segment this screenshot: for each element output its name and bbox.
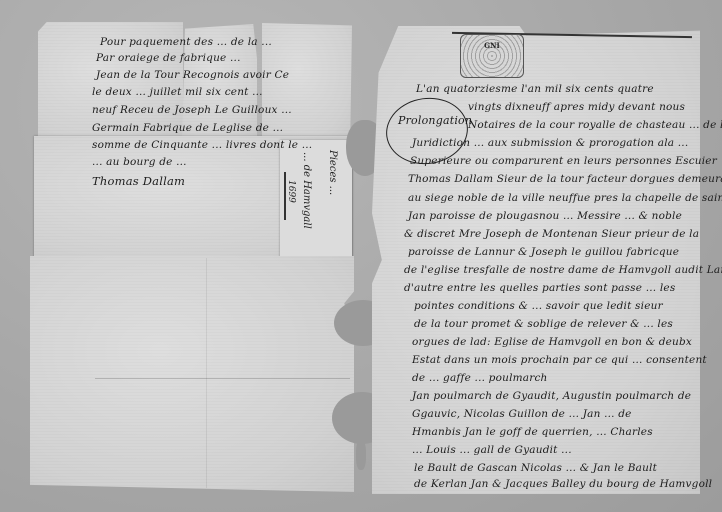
right-line-7: au siege noble de la ville neuffue pres … bbox=[408, 192, 722, 204]
left-line-1: Pour paquement des ... de la ... bbox=[100, 36, 272, 48]
left-line-5: neuf Receu de Joseph Le Guilloux ... bbox=[92, 104, 292, 116]
margin-oval-text: Prolongation bbox=[398, 114, 472, 127]
left-line-6: Germain Fabrique de Leglise de ... bbox=[92, 122, 283, 134]
right-folio-page bbox=[372, 26, 700, 494]
right-line-3: Notaires de la cour royalle de chasteau … bbox=[468, 119, 722, 131]
endorsement-vertical-1: Pieces ... bbox=[327, 150, 338, 195]
right-line-20: Hmanbis Jan le goff de querrien, ... Cha… bbox=[412, 426, 653, 438]
right-line-19: Ggauvic, Nicolas Guillon de ... Jan ... … bbox=[412, 408, 632, 420]
left-line-3: Jean de la Tour Recognois avoir Ce bbox=[96, 69, 289, 81]
right-line-2: vingts dixneuff apres midy devant nous bbox=[468, 101, 685, 113]
right-line-6: Thomas Dallam Sieur de la tour facteur d… bbox=[408, 173, 722, 185]
damage-hole bbox=[356, 440, 366, 470]
right-line-4: Juridiction ... aux submission & proroga… bbox=[412, 137, 688, 149]
fold-line bbox=[206, 258, 207, 488]
right-line-10: paroisse de Lannur & Joseph le guillou f… bbox=[408, 246, 679, 258]
tax-stamp-seal: GNI bbox=[460, 34, 524, 78]
left-line-2: Par oraiege de fabrique ... bbox=[96, 52, 241, 64]
right-line-22: le Bault de Gascan Nicolas ... & Jan le … bbox=[414, 462, 657, 474]
endorsement-vertical-2: ... de Hamvgall bbox=[301, 152, 312, 229]
left-line-7: somme de Cinquante ... livres dont le ..… bbox=[92, 139, 312, 151]
right-line-17: de ... gaffe ... poulmarch bbox=[412, 372, 548, 384]
left-line-4: le deux ... juillet mil six cent ... bbox=[92, 86, 263, 98]
right-line-15: orgues de lad: Eglise de Hamvgoll en bon… bbox=[412, 336, 692, 348]
signature-thomas-dallam: Thomas Dallam bbox=[92, 174, 185, 188]
stamp-label: GNI bbox=[461, 41, 523, 50]
left-line-8: ... au bourg de ... bbox=[92, 156, 187, 168]
right-line-18: Jan poulmarch de Gyaudit, Augustin poulm… bbox=[412, 390, 691, 402]
fold-line bbox=[95, 378, 350, 379]
right-line-1: L'an quatorziesme l'an mil six cents qua… bbox=[416, 83, 654, 95]
left-folio-bottom-panel bbox=[30, 256, 354, 492]
right-line-21: ... Louis ... gall de Gyaudit ... bbox=[412, 444, 572, 456]
right-line-13: pointes conditions & ... savoir que ledi… bbox=[414, 300, 663, 312]
right-line-5: Superieure ou comparurent en leurs perso… bbox=[410, 155, 717, 167]
right-line-12: d'autre entre les quelles parties sont p… bbox=[404, 282, 675, 294]
right-line-11: de l'eglise tresfalle de nostre dame de … bbox=[404, 264, 722, 276]
right-line-16: Estat dans un mois prochain par ce qui .… bbox=[412, 354, 707, 366]
right-line-9: & discret Mre Joseph de Montenan Sieur p… bbox=[404, 228, 699, 240]
pen-stroke bbox=[284, 172, 286, 220]
marginal-date-note: 1699 bbox=[286, 180, 296, 203]
right-line-14: de la tour promet & soblige de relever &… bbox=[414, 318, 673, 330]
right-line-23: de Kerlan Jan & Jacques Balley du bourg … bbox=[414, 478, 712, 490]
right-line-8: Jan paroisse de plougasnou ... Messire .… bbox=[408, 210, 682, 222]
